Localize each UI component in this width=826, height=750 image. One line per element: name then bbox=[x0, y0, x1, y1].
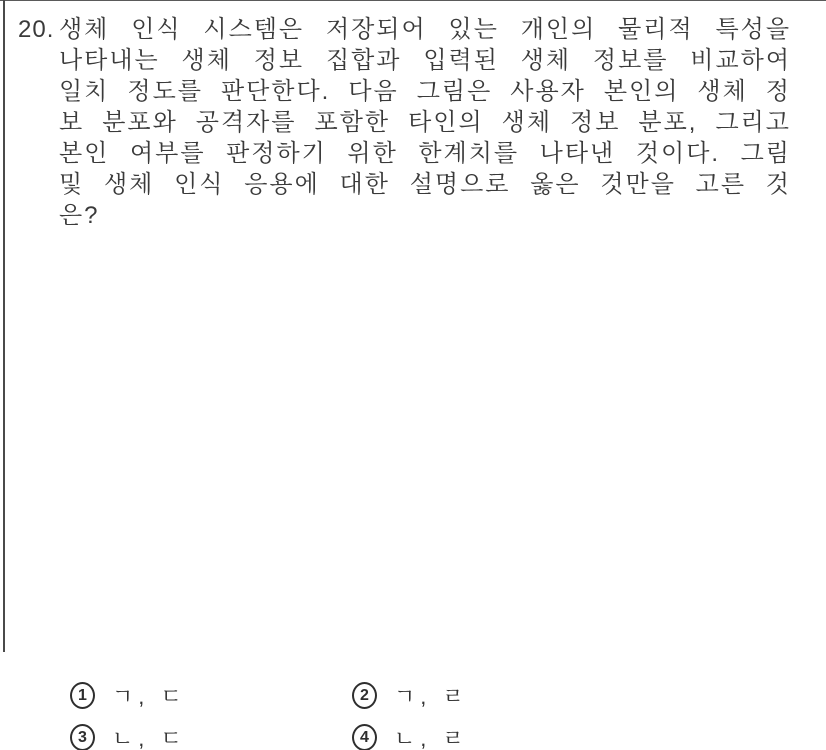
option-2-circle-number: 2 bbox=[352, 682, 377, 709]
question-20-page: 20. 생체 인식 시스템은 저장되어 있는 개인의 물리적 특성을 나타내는 … bbox=[0, 0, 826, 750]
option-4-circle-number: 4 bbox=[352, 724, 377, 750]
option-3-circle-number: 3 bbox=[70, 724, 95, 750]
top-border-line bbox=[0, 0, 826, 1]
option-4-label: ㄴ, ㄹ bbox=[394, 722, 469, 750]
option-1-label: ㄱ, ㄷ bbox=[112, 680, 187, 711]
exam-page: { "page": { "background_color": "#ffffff… bbox=[0, 0, 826, 750]
question-text-line: 생체 인식 시스템은 저장되어 있는 개인의 물리적 특성을 bbox=[59, 14, 791, 45]
option-1-circle-number: 1 bbox=[70, 682, 95, 709]
option-2-label: ㄱ, ㄹ bbox=[394, 680, 469, 711]
question-text-line: 보 분포와 공격자를 포함한 타인의 생체 정보 분포, 그리고 bbox=[59, 107, 791, 138]
figure-placeholder-area bbox=[59, 236, 791, 656]
option-2[interactable]: 2 ㄱ, ㄹ bbox=[352, 680, 469, 711]
question-text: 생체 인식 시스템은 저장되어 있는 개인의 물리적 특성을 나타내는 생체 정… bbox=[59, 14, 791, 231]
question-number: 20. bbox=[18, 14, 54, 45]
question-text-line: 은? bbox=[59, 200, 791, 231]
question-text-line: 본인 여부를 판정하기 위한 한계치를 나타낸 것이다. 그림 bbox=[59, 138, 791, 169]
left-column-divider bbox=[3, 0, 5, 652]
option-4[interactable]: 4 ㄴ, ㄹ bbox=[352, 722, 469, 750]
option-3-label: ㄴ, ㄷ bbox=[112, 722, 187, 750]
question-text-line: 일치 정도를 판단한다. 다음 그림은 사용자 본인의 생체 정 bbox=[59, 76, 791, 107]
option-1[interactable]: 1 ㄱ, ㄷ bbox=[70, 680, 187, 711]
option-3[interactable]: 3 ㄴ, ㄷ bbox=[70, 722, 187, 750]
question-text-line: 및 생체 인식 응용에 대한 설명으로 옳은 것만을 고른 것 bbox=[59, 169, 791, 200]
question-text-line: 나타내는 생체 정보 집합과 입력된 생체 정보를 비교하여 bbox=[59, 45, 791, 76]
